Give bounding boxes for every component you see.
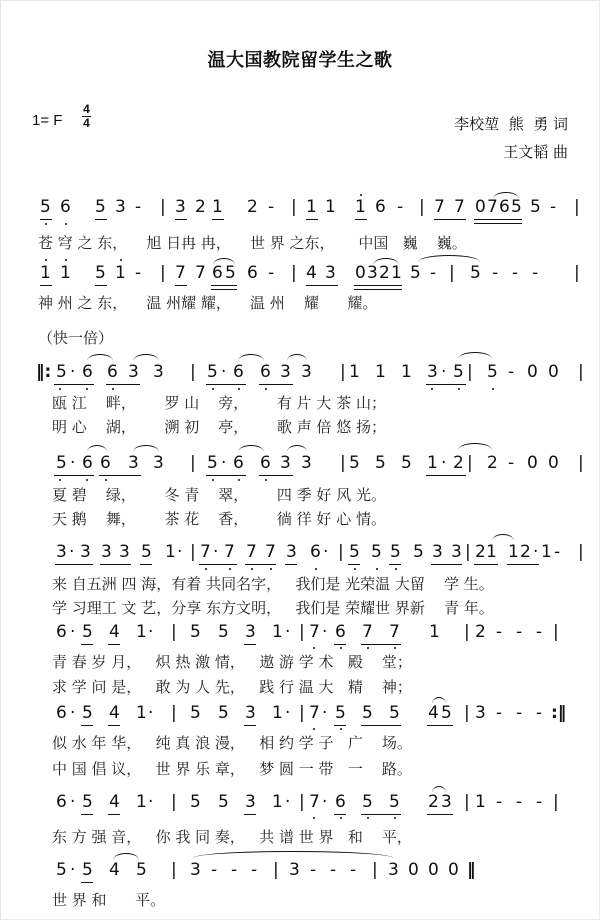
low-dot	[251, 568, 253, 570]
note: 6	[499, 197, 510, 217]
note: 5	[141, 542, 152, 562]
note: 6	[375, 197, 386, 217]
low-dot	[265, 479, 267, 481]
note: 1	[541, 542, 552, 562]
low-dot	[431, 388, 433, 390]
system-2-lyrics: 神 州 之 东， 温 州耀 耀， 温 州 耀 耀。	[38, 292, 600, 313]
barline: |	[190, 542, 196, 562]
note: 5	[511, 197, 522, 217]
underline	[431, 564, 462, 565]
note: 3	[388, 860, 399, 880]
note: 1	[475, 792, 486, 812]
underline	[212, 219, 224, 220]
note: 7	[487, 197, 498, 217]
note: 3	[367, 263, 378, 283]
underline	[434, 219, 466, 220]
barline: |	[464, 622, 470, 642]
system-1-lyrics: 苍 穹 之 东， 旭 日冉 冉， 世 界 之东， 中国 巍 巍。	[38, 232, 600, 253]
note: 5	[82, 622, 93, 642]
note: 5	[441, 703, 452, 723]
tie	[458, 443, 492, 450]
underline	[334, 814, 346, 815]
note: 1	[391, 263, 402, 283]
note: 1	[306, 197, 317, 217]
note: 5	[389, 792, 400, 812]
note: 3	[432, 542, 443, 562]
low-dot	[270, 568, 272, 570]
low-dot	[315, 568, 317, 570]
slur	[432, 697, 446, 704]
barline: |	[574, 197, 580, 217]
note: 2	[487, 453, 498, 473]
note-rest: 0	[548, 362, 559, 382]
underline	[140, 564, 152, 565]
note: 3	[153, 453, 164, 473]
note: 1	[486, 542, 497, 562]
low-dot	[376, 568, 378, 570]
barline: |	[464, 792, 470, 812]
note: 6	[56, 622, 67, 642]
dot-mark: ·	[213, 542, 218, 562]
slur	[287, 354, 307, 361]
underline	[334, 644, 346, 645]
low-dot	[212, 479, 214, 481]
dot-mark: ·	[221, 453, 226, 473]
dot-mark: ·	[322, 792, 327, 812]
note: 3	[301, 453, 312, 473]
note: 5	[56, 860, 67, 880]
underline	[54, 384, 94, 385]
time-signature-bottom: 4	[82, 118, 91, 129]
final-barline: ‖	[467, 860, 476, 880]
note: 1	[401, 362, 412, 382]
note: 5	[218, 792, 229, 812]
dot-mark: ·	[323, 542, 328, 562]
note: 3	[280, 362, 291, 382]
note: 7	[389, 622, 400, 642]
slur	[87, 354, 113, 361]
note: 5	[410, 263, 421, 283]
system-7-lyrics-verse-1: 似 水 年 华， 纯 真 浪 漫， 相 约 学 子 广 场。	[52, 732, 600, 753]
barline: |	[467, 453, 473, 473]
low-dot	[313, 647, 315, 649]
note: 6	[82, 453, 93, 473]
barline: |	[467, 362, 473, 382]
system-6-lyrics-verse-2: 求 学 问 是， 敢 为 人 先， 践 行 温 大 精 神；	[52, 676, 600, 697]
low-dot	[238, 388, 240, 390]
underline	[55, 564, 93, 565]
underline	[474, 564, 498, 565]
barline: |	[299, 703, 305, 723]
note: 4	[109, 792, 120, 812]
low-dot	[65, 223, 67, 225]
low-dot	[205, 568, 207, 570]
underline	[175, 219, 187, 220]
note-dash: -	[135, 197, 141, 217]
underline	[40, 219, 52, 220]
barline: |	[578, 453, 584, 473]
note: 3	[280, 453, 291, 473]
low-dot	[395, 568, 397, 570]
double-underline	[474, 219, 522, 224]
note: 7	[224, 542, 235, 562]
note: 7	[309, 703, 320, 723]
underline	[355, 219, 367, 220]
note: 3	[427, 362, 438, 382]
dot-mark: ·	[177, 542, 182, 562]
note: 6	[56, 703, 67, 723]
note: 1	[115, 263, 126, 283]
note: 3	[289, 860, 300, 880]
note-dash: -	[536, 703, 542, 723]
note-dash: -	[430, 263, 436, 283]
note: 2	[428, 792, 439, 812]
double-underline	[354, 285, 402, 290]
low-dot	[394, 817, 396, 819]
note: 3	[325, 263, 336, 283]
note: 3	[475, 703, 486, 723]
note: 5	[453, 362, 464, 382]
low-dot	[238, 479, 240, 481]
underline	[81, 644, 93, 645]
system-4-lyrics-verse-1: 夏 碧 绿， 冬 青 翠， 四 季 好 风 光。	[52, 484, 600, 505]
note: 7	[246, 542, 257, 562]
dot-mark: ·	[322, 703, 327, 723]
dot-mark: ·	[70, 453, 75, 473]
underline	[306, 285, 338, 286]
underline	[244, 725, 256, 726]
barline: |	[578, 362, 584, 382]
note: 5	[82, 792, 93, 812]
note: 7	[434, 197, 445, 217]
note-rest: 0	[448, 860, 459, 880]
underline	[361, 644, 401, 645]
dot-mark: ·	[285, 792, 290, 812]
barline: |	[299, 622, 305, 642]
dot-mark: ·	[221, 362, 226, 382]
note: 3	[245, 703, 256, 723]
barline: |	[578, 542, 584, 562]
tie	[458, 352, 492, 359]
note-dash: -	[268, 197, 274, 217]
barline: |	[338, 542, 344, 562]
dot-mark: ·	[285, 622, 290, 642]
note: 1	[349, 362, 360, 382]
note-dash: -	[268, 263, 274, 283]
note: 1	[272, 703, 283, 723]
note-dash: -	[397, 197, 403, 217]
tie	[418, 255, 480, 262]
note: 2	[475, 622, 486, 642]
note: 2	[379, 263, 390, 283]
slur	[87, 445, 107, 452]
slur	[287, 445, 307, 452]
note: 3	[153, 362, 164, 382]
note: 1	[272, 622, 283, 642]
barline: |	[464, 703, 470, 723]
note: 1	[427, 453, 438, 473]
note-dash: -	[516, 792, 522, 812]
barline: |	[171, 792, 177, 812]
song-title: 温大国教院留学生之歌	[0, 46, 600, 72]
note: 2	[453, 453, 464, 473]
note: 1	[429, 622, 440, 642]
barline: |	[299, 792, 305, 812]
note: 5	[95, 263, 106, 283]
slur	[133, 445, 159, 452]
barline: |	[419, 197, 425, 217]
slur	[493, 192, 519, 199]
note: 7	[362, 622, 373, 642]
barline: |	[273, 860, 279, 880]
barline: |	[171, 703, 177, 723]
note: 5	[218, 622, 229, 642]
note: 1	[60, 263, 71, 283]
note-dash: -	[330, 860, 336, 880]
note-dash: -	[516, 703, 522, 723]
barline: |	[291, 263, 297, 283]
underline	[81, 814, 93, 815]
note-rest: 0	[408, 860, 419, 880]
note: 7	[175, 263, 186, 283]
dot-mark: ·	[70, 703, 75, 723]
note: 3	[451, 542, 462, 562]
slur	[238, 354, 264, 361]
underline	[259, 475, 293, 476]
low-dot	[59, 388, 61, 390]
note: 6	[56, 792, 67, 812]
note: 5	[190, 792, 201, 812]
system-5-lyrics-verse-2: 学 习理工 文 艺，分享 东方文明， 我们是 荣耀世 界新 青 年。	[52, 597, 600, 618]
underline	[361, 814, 401, 815]
note: 4	[109, 860, 120, 880]
note: 7	[200, 542, 211, 562]
time-signature: 4 4	[82, 104, 91, 129]
slur	[213, 258, 235, 265]
note-dash: -	[554, 542, 560, 562]
note: 6	[335, 622, 346, 642]
note: 5	[389, 703, 400, 723]
note-dash: -	[231, 860, 237, 880]
note: 5	[530, 197, 541, 217]
barline: |	[340, 362, 346, 382]
underline	[361, 725, 401, 726]
underline	[245, 564, 276, 565]
low-dot	[394, 647, 396, 649]
note: 5	[207, 362, 218, 382]
note-dash: -	[508, 362, 514, 382]
underline	[108, 814, 120, 815]
barline: |	[553, 622, 559, 642]
slur	[373, 258, 399, 265]
note: 5	[82, 860, 93, 880]
dot-mark: ·	[148, 792, 153, 812]
note: 5	[95, 197, 106, 217]
note: 1	[136, 703, 147, 723]
note: 1	[165, 542, 176, 562]
note: 6	[260, 453, 271, 473]
dot-mark: ·	[533, 542, 538, 562]
dot-mark: ·	[285, 703, 290, 723]
barline: |	[372, 860, 378, 880]
composer-credit: 王文韬 曲	[503, 141, 568, 162]
note: 6	[260, 362, 271, 382]
note: 3	[245, 622, 256, 642]
dot-mark: ·	[70, 362, 75, 382]
note-rest: 0	[428, 860, 439, 880]
note: 2	[520, 542, 531, 562]
note: 3	[175, 197, 186, 217]
dot-mark: ·	[69, 542, 74, 562]
note: 3	[245, 792, 256, 812]
slur	[113, 853, 139, 860]
low-dot	[265, 388, 267, 390]
note: 2	[247, 197, 258, 217]
note-dash: -	[135, 263, 141, 283]
note: 6	[335, 792, 346, 812]
underline	[426, 475, 466, 476]
note: 3	[80, 542, 91, 562]
dot-mark: ·	[148, 703, 153, 723]
underline	[199, 564, 237, 565]
note: 3	[119, 542, 130, 562]
low-dot	[367, 647, 369, 649]
note: 5	[40, 197, 51, 217]
system-9-lyrics: 世 界 和 平。	[52, 889, 600, 910]
high-dot	[120, 259, 122, 261]
note: 4	[109, 622, 120, 642]
underline	[206, 384, 246, 385]
note-dash: -	[496, 622, 502, 642]
barline: |	[574, 263, 580, 283]
repeat-start: ‖:	[36, 362, 51, 382]
low-dot	[354, 568, 356, 570]
barline: |	[190, 453, 196, 473]
note: 6	[233, 453, 244, 473]
note-rest: 0	[527, 362, 538, 382]
note-dash: -	[492, 263, 498, 283]
underline	[81, 725, 93, 726]
high-dot	[65, 259, 67, 261]
barline: |	[171, 622, 177, 642]
low-dot	[458, 388, 460, 390]
note: 1	[212, 197, 223, 217]
dot-mark: ·	[70, 792, 75, 812]
note: 5	[362, 703, 373, 723]
time-signature-top: 4	[82, 104, 91, 115]
barline: |	[340, 453, 346, 473]
repeat-end: :‖	[551, 703, 566, 723]
barline: |	[465, 542, 471, 562]
tempo-marking: （快一倍）	[38, 327, 113, 348]
note: 5	[190, 703, 201, 723]
low-dot	[229, 568, 231, 570]
underline	[95, 219, 107, 220]
underline	[285, 564, 297, 565]
note: 3	[190, 860, 201, 880]
barline: |	[449, 263, 455, 283]
note: 5	[190, 622, 201, 642]
underline	[106, 384, 140, 385]
note: 2	[475, 542, 486, 562]
note: 6	[233, 362, 244, 382]
barline: |	[160, 197, 166, 217]
note: 5	[218, 703, 229, 723]
note: 3	[301, 362, 312, 382]
barline: |	[160, 263, 166, 283]
note-dash: -	[532, 263, 538, 283]
note-dash: -	[508, 453, 514, 473]
note: 5	[349, 542, 360, 562]
system-4-lyrics-verse-2: 天 鹅 舞， 茶 花 香， 徜 徉 好 心 情。	[52, 508, 600, 529]
note: 1	[136, 792, 147, 812]
underline	[81, 882, 93, 883]
underline	[259, 384, 293, 385]
low-dot	[112, 388, 114, 390]
system-8-lyrics: 东 方 强 音， 你 我 同 奏， 共 谱 世 界 和 平，	[52, 826, 600, 847]
note-dash: -	[536, 792, 542, 812]
dot-mark: ·	[148, 622, 153, 642]
note-dash: -	[496, 703, 502, 723]
note: 5	[413, 542, 424, 562]
note: 7	[454, 197, 465, 217]
barline: |	[553, 792, 559, 812]
slur	[238, 445, 264, 452]
system-5-lyrics-verse-1: 来 自五洲 四 海，有着 共同名字， 我们是 光荣温 大留 学 生。	[52, 573, 600, 594]
tie	[193, 851, 393, 858]
note: 5	[362, 792, 373, 812]
note: 2	[195, 197, 206, 217]
note-dash: -	[350, 860, 356, 880]
note: 5	[487, 362, 498, 382]
slur	[133, 354, 159, 361]
low-dot	[313, 817, 315, 819]
note: 5	[207, 453, 218, 473]
low-dot	[340, 817, 342, 819]
low-dot	[86, 388, 88, 390]
underline	[100, 564, 131, 565]
underline	[54, 475, 94, 476]
note: 6	[60, 197, 71, 217]
low-dot	[340, 728, 342, 730]
note: 6	[107, 362, 118, 382]
underline	[426, 384, 466, 385]
barline: |	[190, 362, 196, 382]
note: 5	[56, 453, 67, 473]
system-3-lyrics-verse-2: 明 心 湖， 溯 初 亭， 歌 声 倍 悠 扬；	[52, 416, 600, 437]
underline	[95, 285, 107, 286]
underline	[348, 564, 360, 565]
note: 1	[508, 542, 519, 562]
note: 6	[310, 542, 321, 562]
dot-mark: ·	[70, 622, 75, 642]
note-dash: -	[211, 860, 217, 880]
note: 5	[136, 860, 147, 880]
low-dot	[367, 817, 369, 819]
note: 0	[355, 263, 366, 283]
note: 6	[82, 362, 93, 382]
note: 5	[335, 703, 346, 723]
note: 1	[136, 622, 147, 642]
underline	[389, 564, 401, 565]
underline	[99, 475, 141, 476]
note: 5	[225, 263, 236, 283]
note: 5	[371, 542, 382, 562]
system-3-lyrics-verse-1: 瓯 江 畔， 罗 山 旁， 有 片 大 茶 山；	[52, 392, 600, 413]
lyricist-credit: 李校堃 熊 勇 词	[454, 113, 568, 134]
high-dot	[45, 259, 47, 261]
system-7-lyrics-verse-2: 中 国 倡 议， 世 界 乐 章， 梦 圆 一 带 一 路。	[52, 758, 600, 779]
